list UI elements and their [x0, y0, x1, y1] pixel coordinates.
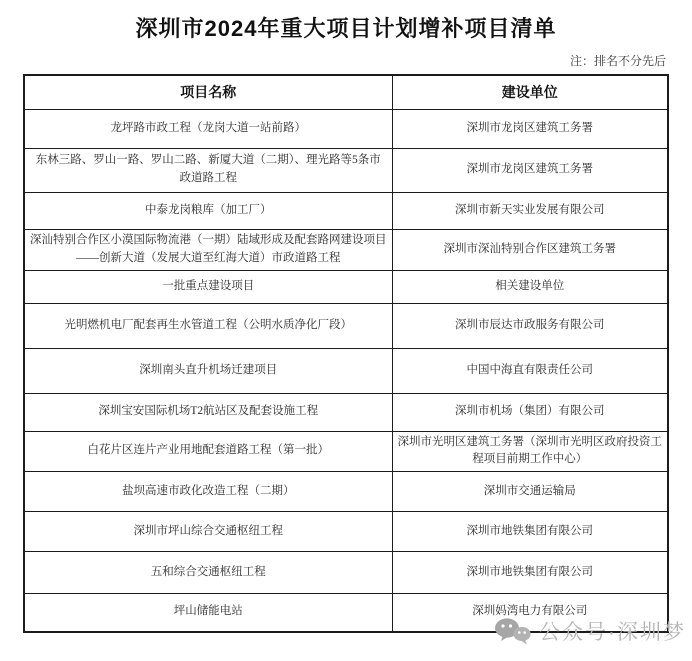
construction-unit-cell: 深圳市交通运输局 — [392, 472, 668, 512]
construction-unit-cell: 深圳市新天实业发展有限公司 — [392, 192, 668, 229]
project-name-cell: 一批重点建设项目 — [24, 270, 392, 303]
table-row: 深圳南头直升机场迁建项目中国中海直有限责任公司 — [24, 348, 668, 393]
project-name-cell: 深圳南头直升机场迁建项目 — [24, 348, 392, 393]
project-name-cell: 五和综合交通枢纽工程 — [24, 552, 392, 594]
watermark-label: 公众号·深圳梦 — [539, 616, 686, 646]
table-row: 深圳市坪山综合交通枢纽工程深圳市地铁集团有限公司 — [24, 512, 668, 552]
wechat-icon — [494, 617, 532, 645]
project-name-cell: 龙坪路市政工程（龙岗大道一站前路） — [24, 109, 392, 148]
construction-unit-cell: 中国中海直有限责任公司 — [392, 348, 668, 393]
project-name-cell: 深圳宝安国际机场T2航站区及配套设施工程 — [24, 393, 392, 431]
table-row: 盐坝高速市政化改造工程（二期）深圳市交通运输局 — [24, 472, 668, 512]
construction-unit-cell: 深圳市龙岗区建筑工务署 — [392, 148, 668, 192]
table-row: 一批重点建设项目相关建设单位 — [24, 270, 668, 303]
ranking-note: 注：排名不分先后 — [24, 52, 668, 69]
construction-unit-cell: 相关建设单位 — [392, 270, 668, 303]
table-row: 五和综合交通枢纽工程深圳市地铁集团有限公司 — [24, 552, 668, 594]
construction-unit-cell: 深圳市光明区建筑工务署（深圳市光明区政府投资工 程项目前期工作中心） — [392, 431, 668, 472]
project-name-cell: 盐坝高速市政化改造工程（二期） — [24, 472, 392, 512]
table-row: 龙坪路市政工程（龙岗大道一站前路）深圳市龙岗区建筑工务署 — [24, 109, 668, 148]
header-construction-unit: 建设单位 — [392, 75, 668, 109]
table-row: 深汕特别合作区小漠国际物流港（一期）陆域形成及配套路网建设项目 ——创新大道（发… — [24, 229, 668, 270]
table-row: 白花片区连片产业用地配套道路工程（第一批）深圳市光明区建筑工务署（深圳市光明区政… — [24, 431, 668, 472]
construction-unit-cell: 深圳市龙岗区建筑工务署 — [392, 109, 668, 148]
construction-unit-cell: 深圳市地铁集团有限公司 — [392, 552, 668, 594]
header-project-name: 项目名称 — [24, 75, 392, 109]
project-name-cell: 东林三路、罗山一路、罗山二路、新厦大道（二期）、理光路等5条市 政道路工程 — [24, 148, 392, 192]
construction-unit-cell: 深圳市地铁集团有限公司 — [392, 512, 668, 552]
construction-unit-cell: 深圳市深汕特别合作区建筑工务署 — [392, 229, 668, 270]
table-row: 深圳宝安国际机场T2航站区及配套设施工程深圳市机场（集团）有限公司 — [24, 393, 668, 431]
project-name-cell: 中泰龙岗粮库（加工厂） — [24, 192, 392, 229]
projects-table: 项目名称 建设单位 龙坪路市政工程（龙岗大道一站前路）深圳市龙岗区建筑工务署东林… — [23, 74, 669, 633]
project-name-cell: 坪山储能电站 — [24, 594, 392, 632]
table-header-row: 项目名称 建设单位 — [24, 75, 668, 109]
construction-unit-cell: 深圳市辰达市政服务有限公司 — [392, 303, 668, 348]
project-name-cell: 白花片区连片产业用地配套道路工程（第一批） — [24, 431, 392, 472]
construction-unit-cell: 深圳市机场（集团）有限公司 — [392, 393, 668, 431]
project-name-cell: 深汕特别合作区小漠国际物流港（一期）陆域形成及配套路网建设项目 ——创新大道（发… — [24, 229, 392, 270]
table-row: 光明燃机电厂配套再生水管道工程（公明水质净化厂段）深圳市辰达市政服务有限公司 — [24, 303, 668, 348]
page-title: 深圳市2024年重大项目计划增补项目清单 — [0, 14, 692, 44]
project-name-cell: 光明燃机电厂配套再生水管道工程（公明水质净化厂段） — [24, 303, 392, 348]
table-row: 东林三路、罗山一路、罗山二路、新厦大道（二期）、理光路等5条市 政道路工程深圳市… — [24, 148, 668, 192]
table-row: 中泰龙岗粮库（加工厂）深圳市新天实业发展有限公司 — [24, 192, 668, 229]
watermark: 公众号·深圳梦 — [494, 616, 686, 646]
project-name-cell: 深圳市坪山综合交通枢纽工程 — [24, 512, 392, 552]
